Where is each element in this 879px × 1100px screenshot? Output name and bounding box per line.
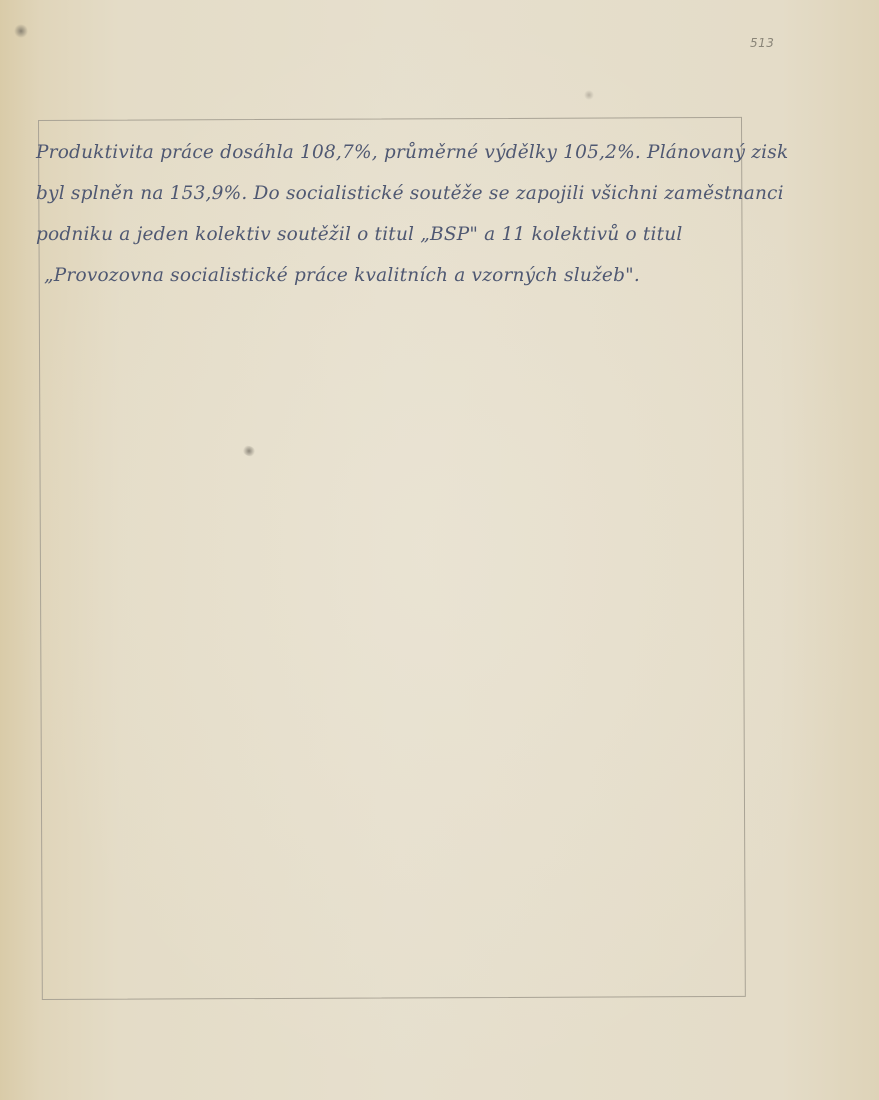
ink-stain <box>14 24 28 38</box>
text-line: Produktivita práce dosáhla 108,7%, průmě… <box>36 132 756 173</box>
text-line: podniku a jeden kolektiv soutěžil o titu… <box>36 214 756 255</box>
ink-stain <box>584 90 594 100</box>
text-line: „Provozovna socialistické práce kvalitní… <box>36 255 756 296</box>
handwritten-text-block: Produktivita práce dosáhla 108,7%, průmě… <box>36 132 756 296</box>
text-line: byl splněn na 153,9%. Do socialistické s… <box>36 173 756 214</box>
page-number: 513 <box>750 36 774 50</box>
